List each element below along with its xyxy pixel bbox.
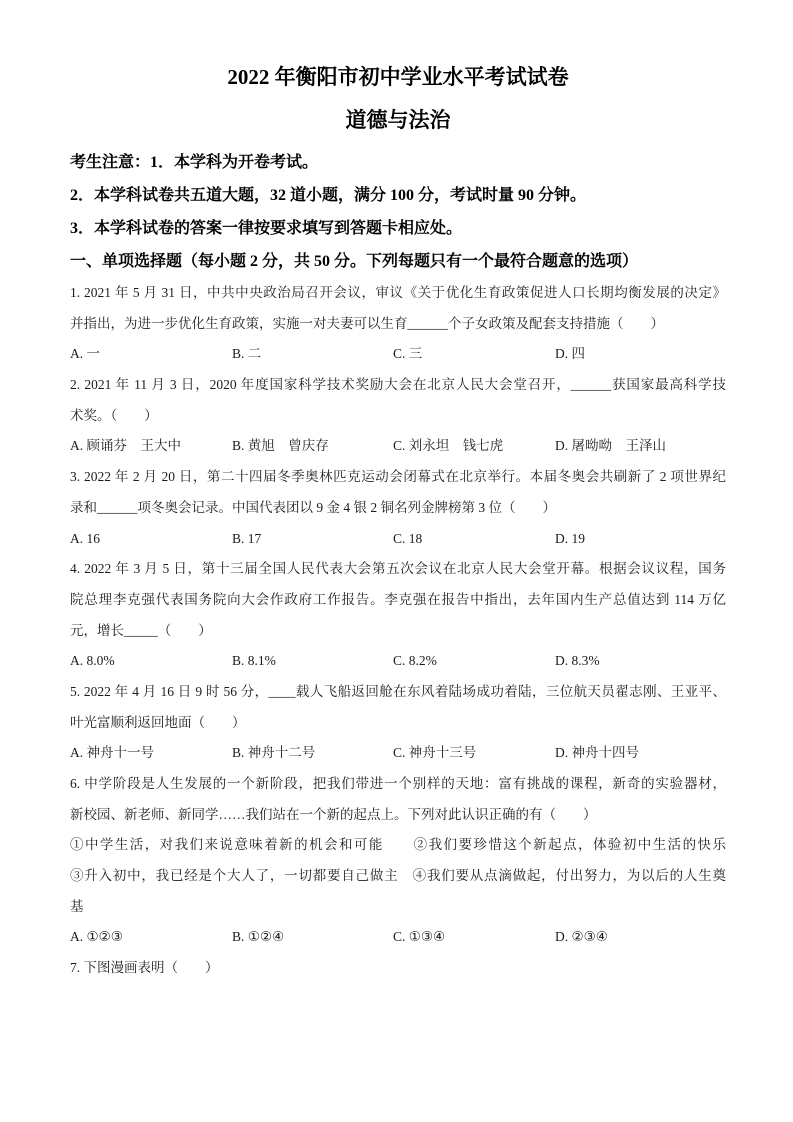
question-2-option-c: C. 刘永坦 钱七虎 <box>393 431 555 462</box>
question-7: 7. 下图漫画表明（ ） <box>70 953 726 984</box>
question-6-line: 新校园、新老师、新同学……我们站在一个新的起点上。下列对此认识正确的有（ ） <box>70 800 726 831</box>
question-4: 4. 2022 年 3 月 5 日，第十三届全国人民代表大会第五次会议在北京人民… <box>70 554 726 677</box>
question-3: 3. 2022 年 2 月 20 日，第二十四届冬季奥林匹克运动会闭幕式在北京举… <box>70 462 726 554</box>
question-1-line: 并指出，为进一步优化生育政策，实施一对夫妻可以生育______个子女政策及配套支… <box>70 309 726 340</box>
question-4-options: A. 8.0%B. 8.1%C. 8.2%D. 8.3% <box>70 646 726 677</box>
question-2-option-a: A. 顾诵芬 王大中 <box>70 431 232 462</box>
question-6-line: 基 <box>70 892 726 923</box>
question-5-option-b: B. 神舟十二号 <box>232 738 393 769</box>
question-6-line: ①中学生活，对我们来说意味着新的机会和可能 ②我们要珍惜这个新起点，体验初中生活… <box>70 830 726 861</box>
question-list: 1. 2021 年 5 月 31 日，中共中央政治局召开会议，审议《关于优化生育… <box>70 278 726 984</box>
section-header: 一、单项选择题（每小题 2 分，共 50 分。下列每题只有一个最符合题意的选项） <box>70 245 726 278</box>
question-5-option-d: D. 神舟十四号 <box>555 738 726 769</box>
question-1-option-b: B. 二 <box>232 339 393 370</box>
question-3-line: 录和______项冬奥会记录。中国代表团以 9 金 4 银 2 铜名列金牌榜第 … <box>70 493 726 524</box>
exam-document-page: 2022 年衡阳市初中学业水平考试试卷 道德与法治 考生注意：1．本学科为开卷考… <box>0 0 793 1122</box>
question-3-option-c: C. 18 <box>393 524 555 555</box>
question-5-option-a: A. 神舟十一号 <box>70 738 232 769</box>
question-5: 5. 2022 年 4 月 16 日 9 时 56 分，____载人飞船返回舱在… <box>70 677 726 769</box>
question-2-option-b: B. 黄旭 曾庆存 <box>232 431 393 462</box>
question-5-options: A. 神舟十一号B. 神舟十二号C. 神舟十三号D. 神舟十四号 <box>70 738 726 769</box>
question-4-option-d: D. 8.3% <box>555 646 726 677</box>
question-2-options: A. 顾诵芬 王大中B. 黄旭 曾庆存C. 刘永坦 钱七虎D. 屠呦呦 王泽山 <box>70 431 726 462</box>
question-6-options: A. ①②③B. ①②④C. ①③④D. ②③④ <box>70 922 726 953</box>
question-6-option-d: D. ②③④ <box>555 922 726 953</box>
question-3-option-a: A. 16 <box>70 524 232 555</box>
question-3-options: A. 16B. 17C. 18D. 19 <box>70 524 726 555</box>
question-5-option-c: C. 神舟十三号 <box>393 738 555 769</box>
question-3-line: 3. 2022 年 2 月 20 日，第二十四届冬季奥林匹克运动会闭幕式在北京举… <box>70 462 726 493</box>
question-4-option-c: C. 8.2% <box>393 646 555 677</box>
question-6-option-b: B. ①②④ <box>232 922 393 953</box>
exam-notices: 考生注意：1．本学科为开卷考试。2．本学科试卷共五道大题，32 道小题，满分 1… <box>70 146 726 245</box>
question-1: 1. 2021 年 5 月 31 日，中共中央政治局召开会议，审议《关于优化生育… <box>70 278 726 370</box>
notice-line-1: 考生注意：1．本学科为开卷考试。 <box>70 146 726 179</box>
question-6-option-c: C. ①③④ <box>393 922 555 953</box>
question-2-option-d: D. 屠呦呦 王泽山 <box>555 431 726 462</box>
question-4-line: 4. 2022 年 3 月 5 日，第十三届全国人民代表大会第五次会议在北京人民… <box>70 554 726 585</box>
question-3-option-b: B. 17 <box>232 524 393 555</box>
question-1-option-a: A. 一 <box>70 339 232 370</box>
question-4-option-b: B. 8.1% <box>232 646 393 677</box>
page-subject: 道德与法治 <box>70 107 726 133</box>
question-1-line: 1. 2021 年 5 月 31 日，中共中央政治局召开会议，审议《关于优化生育… <box>70 278 726 309</box>
question-2-line: 2. 2021 年 11 月 3 日，2020 年度国家科学技术奖励大会在北京人… <box>70 370 726 401</box>
question-5-line: 叶光富顺利返回地面（ ） <box>70 708 726 739</box>
question-1-option-d: D. 四 <box>555 339 726 370</box>
question-5-line: 5. 2022 年 4 月 16 日 9 时 56 分，____载人飞船返回舱在… <box>70 677 726 708</box>
page-title: 2022 年衡阳市初中学业水平考试试卷 <box>70 64 726 90</box>
notice-line-3: 3．本学科试卷的答案一律按要求填写到答题卡相应处。 <box>70 212 726 245</box>
question-1-options: A. 一B. 二C. 三D. 四 <box>70 339 726 370</box>
question-4-option-a: A. 8.0% <box>70 646 232 677</box>
question-3-option-d: D. 19 <box>555 524 726 555</box>
question-6-line: 6. 中学阶段是人生发展的一个新阶段，把我们带进一个别样的天地：富有挑战的课程，… <box>70 769 726 800</box>
question-4-line: 院总理李克强代表国务院向大会作政府工作报告。李克强在报告中指出，去年国内生产总值… <box>70 585 726 616</box>
question-7-line: 7. 下图漫画表明（ ） <box>70 953 726 984</box>
notice-line-2: 2．本学科试卷共五道大题，32 道小题，满分 100 分，考试时量 90 分钟。 <box>70 179 726 212</box>
question-6-option-a: A. ①②③ <box>70 922 232 953</box>
question-2-line: 术奖。（ ） <box>70 401 726 432</box>
question-6-line: ③升入初中，我已经是个大人了，一切都要自己做主 ④我们要从点滴做起，付出努力，为… <box>70 861 726 892</box>
question-4-line: 元，增长_____（ ） <box>70 616 726 647</box>
question-6: 6. 中学阶段是人生发展的一个新阶段，把我们带进一个别样的天地：富有挑战的课程，… <box>70 769 726 953</box>
question-2: 2. 2021 年 11 月 3 日，2020 年度国家科学技术奖励大会在北京人… <box>70 370 726 462</box>
question-1-option-c: C. 三 <box>393 339 555 370</box>
